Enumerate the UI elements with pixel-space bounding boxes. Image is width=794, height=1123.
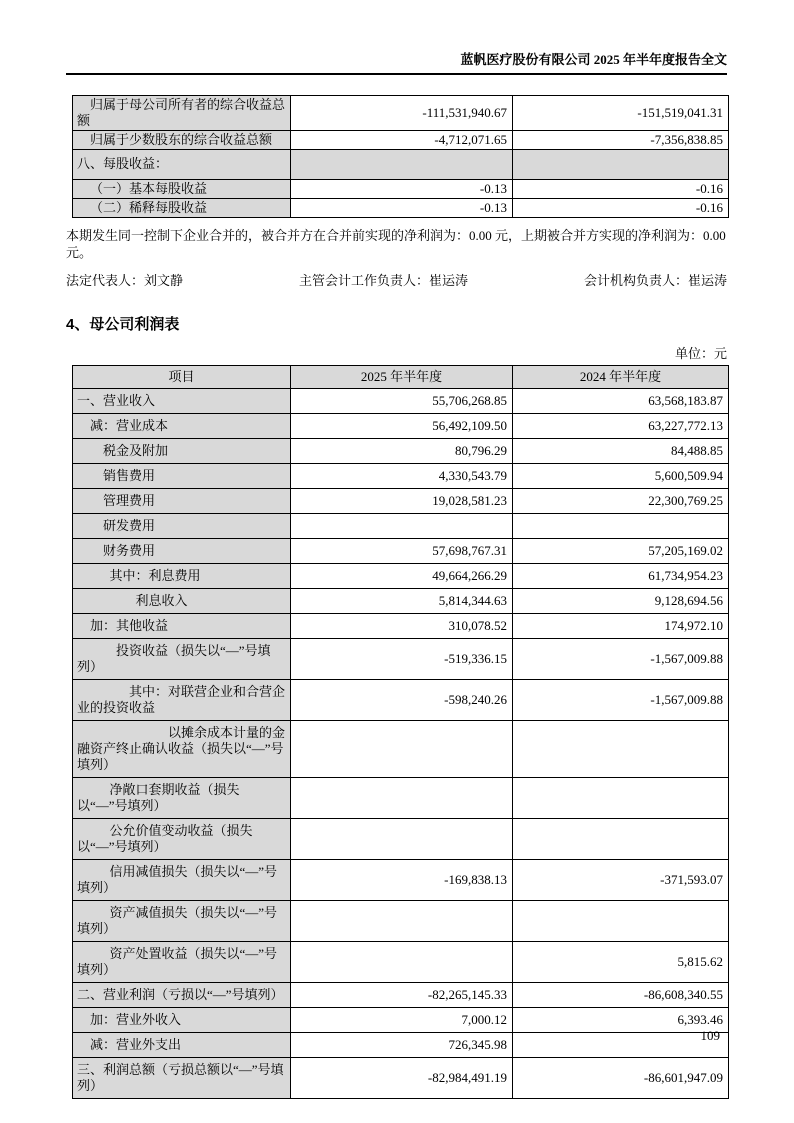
row-value-cell: -0.16 <box>513 180 729 199</box>
row-value-cell <box>291 942 513 983</box>
row-value-cell: -371,593.07 <box>513 860 729 901</box>
accounting-org-head: 会计机构负责人：崔运涛 <box>584 272 727 289</box>
table-row: 加：营业外收入7,000.126,393.46 <box>73 1008 729 1033</box>
table-header-row: 项目 2025 年半年度 2024 年半年度 <box>73 366 729 389</box>
row-label-cell: 二、营业利润（亏损以“—”号填列） <box>73 983 291 1008</box>
table-row: 其中：对联营企业和合营企业的投资收益-598,240.26-1,567,009.… <box>73 680 729 721</box>
row-label-cell: 公允价值变动收益（损失以“—”号填列） <box>73 819 291 860</box>
table-row: 二、营业利润（亏损以“—”号填列）-82,265,145.33-86,608,3… <box>73 983 729 1008</box>
row-label-cell: 其中：利息费用 <box>73 564 291 589</box>
row-value-cell: 49,664,266.29 <box>291 564 513 589</box>
row-value-cell: -82,984,491.19 <box>291 1058 513 1099</box>
row-value-cell: -151,519,041.31 <box>513 96 729 131</box>
row-label-cell: 财务费用 <box>73 539 291 564</box>
signatories-row: 法定代表人：刘文静 主管会计工作负责人：崔运涛 会计机构负责人：崔运涛 <box>66 272 727 289</box>
legal-representative: 法定代表人：刘文静 <box>66 272 183 289</box>
table-row: 信用减值损失（损失以“—”号填列）-169,838.13-371,593.07 <box>73 860 729 901</box>
row-value-cell <box>291 778 513 819</box>
table-row: 减：营业成本56,492,109.5063,227,772.13 <box>73 414 729 439</box>
row-label-cell: 研发费用 <box>73 514 291 539</box>
row-value-cell: 19,028,581.23 <box>291 489 513 514</box>
row-value-cell: 9,128,694.56 <box>513 589 729 614</box>
table-row: （二）稀释每股收益-0.13-0.16 <box>73 199 729 218</box>
row-value-cell <box>291 514 513 539</box>
table-row: 八、每股收益： <box>73 150 729 180</box>
row-value-cell <box>513 150 729 180</box>
unit-label: 单位：元 <box>66 346 727 362</box>
table-row: 净敞口套期收益（损失以“—”号填列） <box>73 778 729 819</box>
row-value-cell <box>513 819 729 860</box>
table-row: 资产减值损失（损失以“—”号填列） <box>73 901 729 942</box>
row-value-cell: 61,734,954.23 <box>513 564 729 589</box>
row-label-cell: 销售费用 <box>73 464 291 489</box>
row-value-cell <box>513 721 729 778</box>
table-row: 其中：利息费用49,664,266.2961,734,954.23 <box>73 564 729 589</box>
row-label-cell: 管理费用 <box>73 489 291 514</box>
row-value-cell: -4,712,071.65 <box>291 131 513 150</box>
parent-income-statement-table: 项目 2025 年半年度 2024 年半年度 一、营业收入55,706,268.… <box>72 365 729 1099</box>
row-value-cell: -7,356,838.85 <box>513 131 729 150</box>
row-value-cell: -86,601,947.09 <box>513 1058 729 1099</box>
report-header-title: 蓝帆医疗股份有限公司 2025 年半年度报告全文 <box>460 52 727 67</box>
row-label-cell: 资产减值损失（损失以“—”号填列） <box>73 901 291 942</box>
row-value-cell: -169,838.13 <box>291 860 513 901</box>
row-value-cell: 56,492,109.50 <box>291 414 513 439</box>
row-label-cell: 减：营业成本 <box>73 414 291 439</box>
row-label-cell: 以摊余成本计量的金融资产终止确认收益（损失以“—”号填列） <box>73 721 291 778</box>
table-row: 归属于母公司所有者的综合收益总额-111,531,940.67-151,519,… <box>73 96 729 131</box>
merger-note: 本期发生同一控制下企业合并的，被合并方在合并前实现的净利润为：0.00 元，上期… <box>66 227 727 261</box>
page-content: 归属于母公司所有者的综合收益总额-111,531,940.67-151,519,… <box>66 95 727 1099</box>
report-page: 蓝帆医疗股份有限公司 2025 年半年度报告全文 归属于母公司所有者的综合收益总… <box>0 0 794 1123</box>
row-value-cell: 726,345.98 <box>291 1033 513 1058</box>
row-value-cell: -0.13 <box>291 180 513 199</box>
row-value-cell: 55,706,268.85 <box>291 389 513 414</box>
row-label-cell: 信用减值损失（损失以“—”号填列） <box>73 860 291 901</box>
row-value-cell: -111,531,940.67 <box>291 96 513 131</box>
row-value-cell <box>513 901 729 942</box>
column-header-2024: 2024 年半年度 <box>513 366 729 389</box>
table-row: 减：营业外支出726,345.98 <box>73 1033 729 1058</box>
table-row: 加：其他收益310,078.52174,972.10 <box>73 614 729 639</box>
row-label-cell: 净敞口套期收益（损失以“—”号填列） <box>73 778 291 819</box>
row-value-cell: 63,227,772.13 <box>513 414 729 439</box>
row-value-cell: 7,000.12 <box>291 1008 513 1033</box>
row-label-cell: 税金及附加 <box>73 439 291 464</box>
row-value-cell: 174,972.10 <box>513 614 729 639</box>
table-row: 归属于少数股东的综合收益总额-4,712,071.65-7,356,838.85 <box>73 131 729 150</box>
row-value-cell: 22,300,769.25 <box>513 489 729 514</box>
row-value-cell: -519,336.15 <box>291 639 513 680</box>
row-value-cell: 310,078.52 <box>291 614 513 639</box>
table-row: 销售费用4,330,543.795,600,509.94 <box>73 464 729 489</box>
chief-accountant: 主管会计工作负责人：崔运涛 <box>299 272 468 289</box>
table-row: 税金及附加80,796.2984,488.85 <box>73 439 729 464</box>
row-value-cell: 5,815.62 <box>513 942 729 983</box>
row-value-cell: -82,265,145.33 <box>291 983 513 1008</box>
comprehensive-income-table: 归属于母公司所有者的综合收益总额-111,531,940.67-151,519,… <box>72 95 729 218</box>
row-value-cell: 80,796.29 <box>291 439 513 464</box>
row-label-cell: 八、每股收益： <box>73 150 291 180</box>
row-value-cell <box>513 514 729 539</box>
row-label-cell: 加：其他收益 <box>73 614 291 639</box>
table-row: 研发费用 <box>73 514 729 539</box>
row-label-cell: 其中：对联营企业和合营企业的投资收益 <box>73 680 291 721</box>
row-label-cell: （一）基本每股收益 <box>73 180 291 199</box>
row-label-cell: 一、营业收入 <box>73 389 291 414</box>
table-row: 以摊余成本计量的金融资产终止确认收益（损失以“—”号填列） <box>73 721 729 778</box>
row-value-cell: -598,240.26 <box>291 680 513 721</box>
table-row: （一）基本每股收益-0.13-0.16 <box>73 180 729 199</box>
row-label-cell: 减：营业外支出 <box>73 1033 291 1058</box>
row-value-cell: 57,698,767.31 <box>291 539 513 564</box>
row-label-cell: 利息收入 <box>73 589 291 614</box>
column-header-2025: 2025 年半年度 <box>291 366 513 389</box>
table-row: 三、利润总额（亏损总额以“—”号填列）-82,984,491.19-86,601… <box>73 1058 729 1099</box>
row-value-cell: 84,488.85 <box>513 439 729 464</box>
row-value-cell <box>291 721 513 778</box>
row-value-cell: -1,567,009.88 <box>513 680 729 721</box>
row-value-cell: -0.16 <box>513 199 729 218</box>
table-row: 公允价值变动收益（损失以“—”号填列） <box>73 819 729 860</box>
row-label-cell: 归属于母公司所有者的综合收益总额 <box>73 96 291 131</box>
row-value-cell: 63,568,183.87 <box>513 389 729 414</box>
row-value-cell: 5,600,509.94 <box>513 464 729 489</box>
table-row: 投资收益（损失以“—”号填列）-519,336.15-1,567,009.88 <box>73 639 729 680</box>
row-value-cell: -1,567,009.88 <box>513 639 729 680</box>
row-label-cell: 投资收益（损失以“—”号填列） <box>73 639 291 680</box>
row-label-cell: 归属于少数股东的综合收益总额 <box>73 131 291 150</box>
row-label-cell: 三、利润总额（亏损总额以“—”号填列） <box>73 1058 291 1099</box>
row-label-cell: 加：营业外收入 <box>73 1008 291 1033</box>
row-value-cell: 5,814,344.63 <box>291 589 513 614</box>
row-label-cell: （二）稀释每股收益 <box>73 199 291 218</box>
table-row: 资产处置收益（损失以“—”号填列）5,815.62 <box>73 942 729 983</box>
row-value-cell: 57,205,169.02 <box>513 539 729 564</box>
table-row: 财务费用57,698,767.3157,205,169.02 <box>73 539 729 564</box>
section-title: 4、母公司利润表 <box>66 315 727 334</box>
column-header-item: 项目 <box>73 366 291 389</box>
row-value-cell: 6,393.46 <box>513 1008 729 1033</box>
row-value-cell <box>291 819 513 860</box>
table-row: 管理费用19,028,581.2322,300,769.25 <box>73 489 729 514</box>
row-value-cell: -0.13 <box>291 199 513 218</box>
page-header: 蓝帆医疗股份有限公司 2025 年半年度报告全文 <box>66 0 727 75</box>
row-label-cell: 资产处置收益（损失以“—”号填列） <box>73 942 291 983</box>
row-value-cell <box>513 778 729 819</box>
row-value-cell <box>291 901 513 942</box>
table-row: 一、营业收入55,706,268.8563,568,183.87 <box>73 389 729 414</box>
row-value-cell <box>513 1033 729 1058</box>
row-value-cell <box>291 150 513 180</box>
table-row: 利息收入5,814,344.639,128,694.56 <box>73 589 729 614</box>
row-value-cell: -86,608,340.55 <box>513 983 729 1008</box>
page-number: 109 <box>701 1028 721 1044</box>
row-value-cell: 4,330,543.79 <box>291 464 513 489</box>
